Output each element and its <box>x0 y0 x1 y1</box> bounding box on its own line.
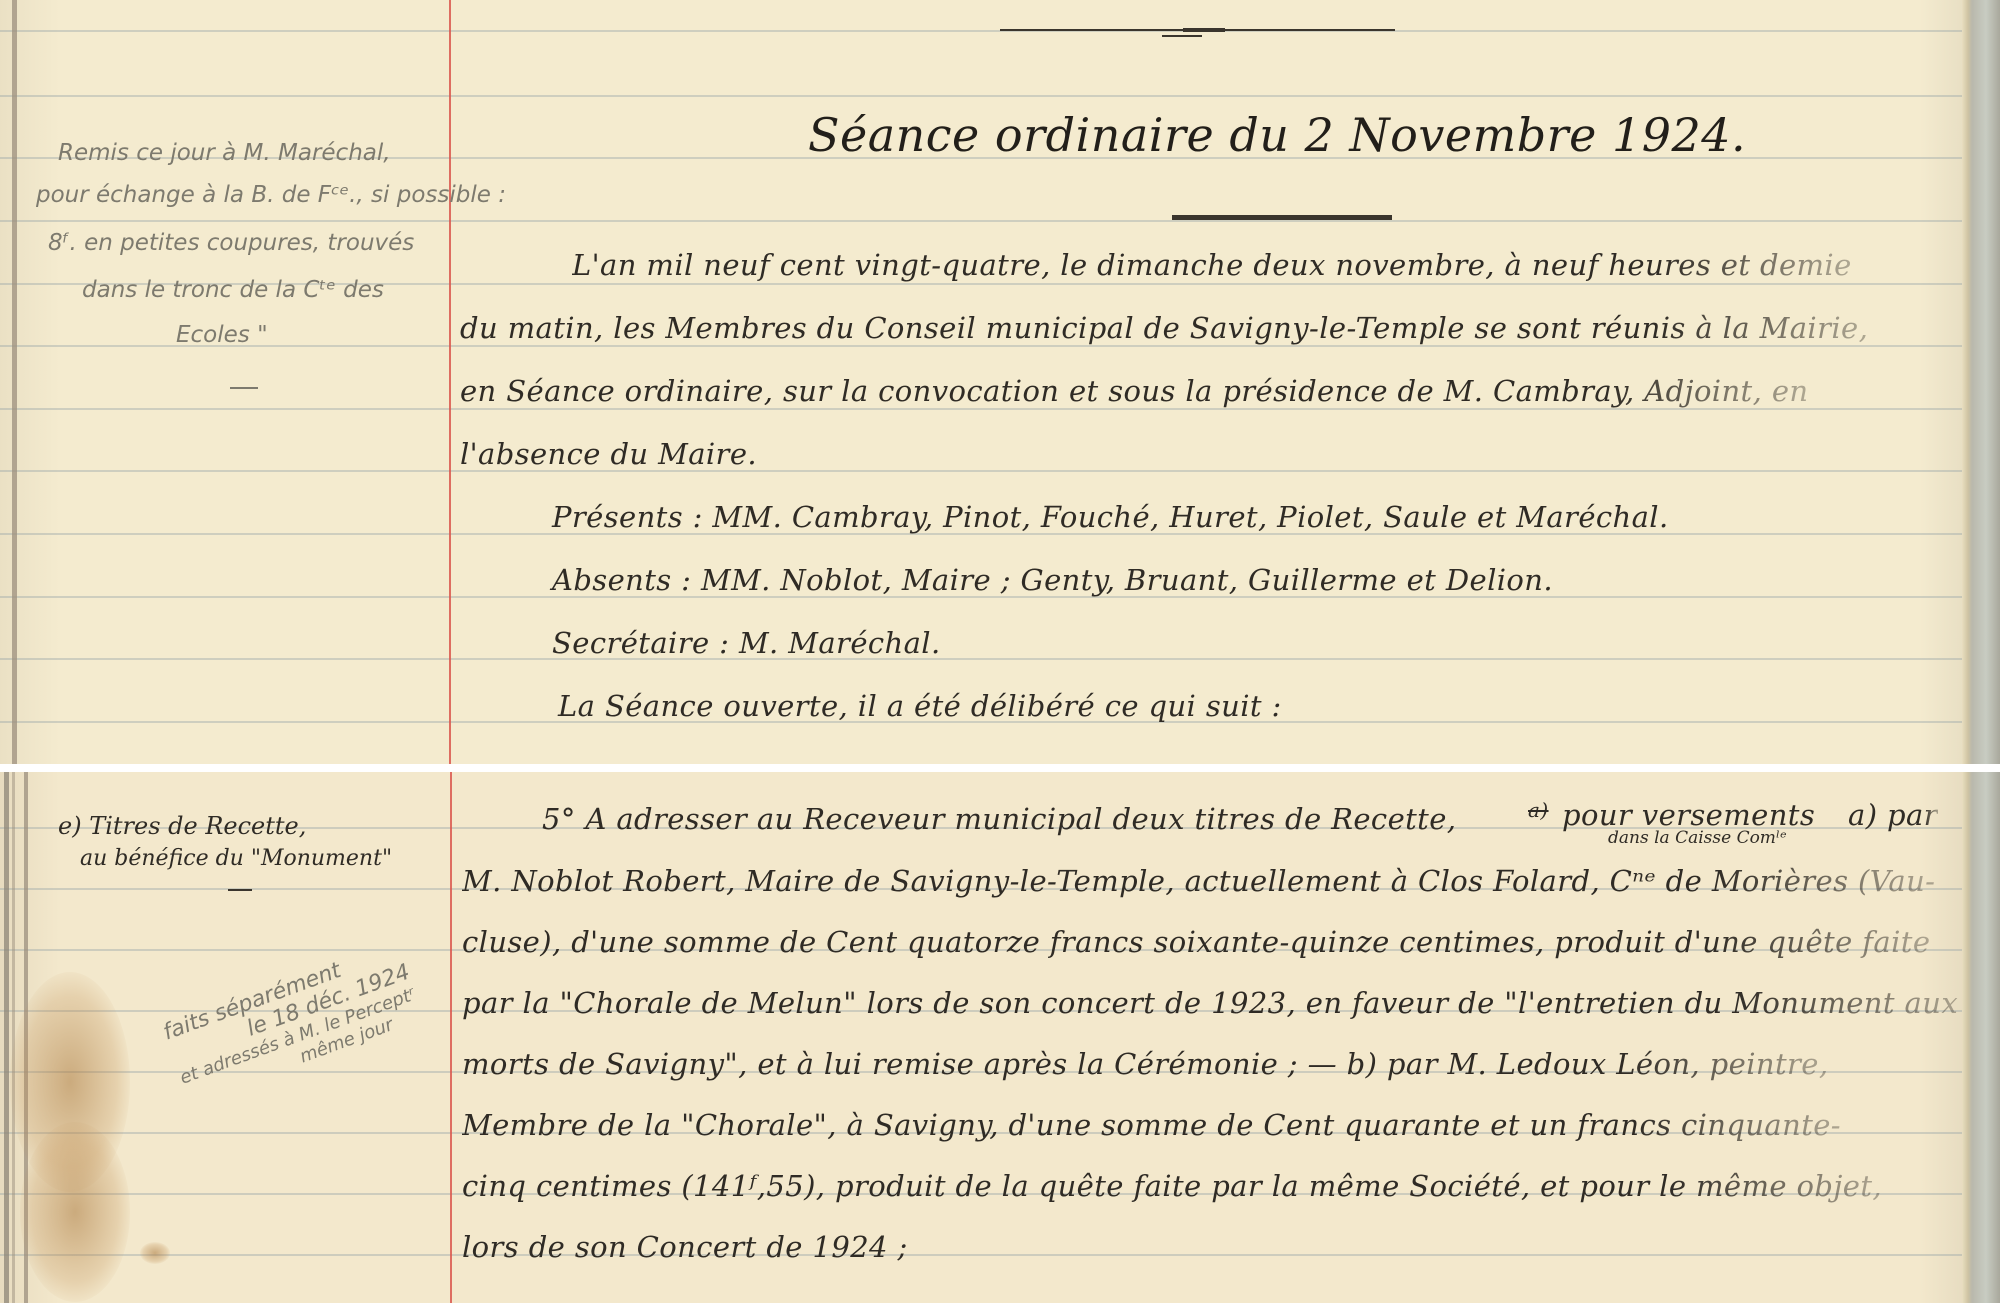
red-margin-line <box>449 0 451 764</box>
pencil-note: faits séparément le 18 déc. 1924 et adre… <box>160 936 428 1108</box>
document-page-top: Séance ordinaire du 2 Novembre 1924. Rem… <box>0 0 2000 764</box>
red-margin-line <box>450 772 452 1303</box>
paragraph-line: morts de Savigny", et à lui remise après… <box>462 1047 1828 1081</box>
water-stain <box>140 1242 170 1264</box>
document-page-bottom: e) Titres de Recette, au bénéfice du "Mo… <box>0 772 2000 1303</box>
water-stain <box>20 1122 130 1302</box>
margin-heading-line: e) Titres de Recette, <box>58 812 306 840</box>
attendees-absent: Absents : MM. Noblot, Maire ; Genty, Bru… <box>552 563 1553 597</box>
margin-note-line: pour échange à la B. de Fᶜᵉ., si possibl… <box>36 182 506 208</box>
page-title: Séance ordinaire du 2 Novembre 1924. <box>808 108 1746 162</box>
ruled-line <box>0 30 1965 32</box>
paragraph-insert: pour versements <box>1562 798 1815 832</box>
margin-note-line: Ecoles " <box>176 322 268 348</box>
margin-note-line: dans le tronc de la Cᵗᵉ des <box>82 277 384 303</box>
paragraph-line: Membre de la "Chorale", à Savigny, d'une… <box>462 1108 1841 1142</box>
margin-note-line: 8ᶠ. en petites coupures, trouvés <box>48 230 414 256</box>
struck-text: a) <box>1528 798 1549 822</box>
page-edge <box>1962 772 2000 1303</box>
ruled-line <box>0 408 1965 410</box>
page-binding <box>4 772 9 1303</box>
ruled-line <box>0 658 1965 660</box>
ruled-line <box>0 1254 1965 1256</box>
header-rule-accent <box>1162 35 1202 37</box>
paragraph-line: l'absence du Maire. <box>460 437 757 471</box>
ruled-line <box>0 345 1965 347</box>
crop-separator <box>0 764 2000 772</box>
header-rule-accent <box>1183 28 1225 32</box>
attendees-present: Présents : MM. Cambray, Pinot, Fouché, H… <box>552 500 1669 534</box>
paragraph-line: M. Noblot Robert, Maire de Savigny-le-Te… <box>462 864 1935 898</box>
paragraph-line: a) par <box>1848 798 1938 832</box>
paragraph-line: L'an mil neuf cent vingt-quatre, le dima… <box>572 248 1852 282</box>
interlinear-note: dans la Caisse Comˡᵉ <box>1608 828 1787 848</box>
paragraph-line: 5° A adresser au Receveur municipal deux… <box>542 802 1456 836</box>
paragraph-line: cinq centimes (141ᶠ,55), produit de la q… <box>462 1169 1882 1203</box>
secretary-line: Secrétaire : M. Maréchal. <box>552 626 941 660</box>
margin-note-line: Remis ce jour à M. Maréchal, <box>58 140 391 166</box>
paragraph-line: en Séance ordinaire, sur la convocation … <box>460 374 1808 408</box>
margin-heading-line: au bénéfice du "Monument" <box>80 846 392 871</box>
page-binding <box>12 0 17 764</box>
paragraph-line: lors de son Concert de 1924 ; <box>462 1230 908 1264</box>
ruled-line <box>0 220 1965 222</box>
page-edge <box>1962 0 2000 764</box>
margin-heading-dash <box>228 889 252 891</box>
ruled-line <box>0 95 1965 97</box>
paragraph-line: cluse), d'une somme de Cent quatorze fra… <box>462 925 1930 959</box>
ruled-line <box>0 470 1965 472</box>
paragraph-line: du matin, les Membres du Conseil municip… <box>460 311 1868 345</box>
session-opening: La Séance ouverte, il a été délibéré ce … <box>558 689 1282 723</box>
margin-note-dash <box>230 387 258 389</box>
paragraph-line: par la "Chorale de Melun" lors de son co… <box>462 986 1958 1020</box>
title-underline <box>1172 215 1392 220</box>
